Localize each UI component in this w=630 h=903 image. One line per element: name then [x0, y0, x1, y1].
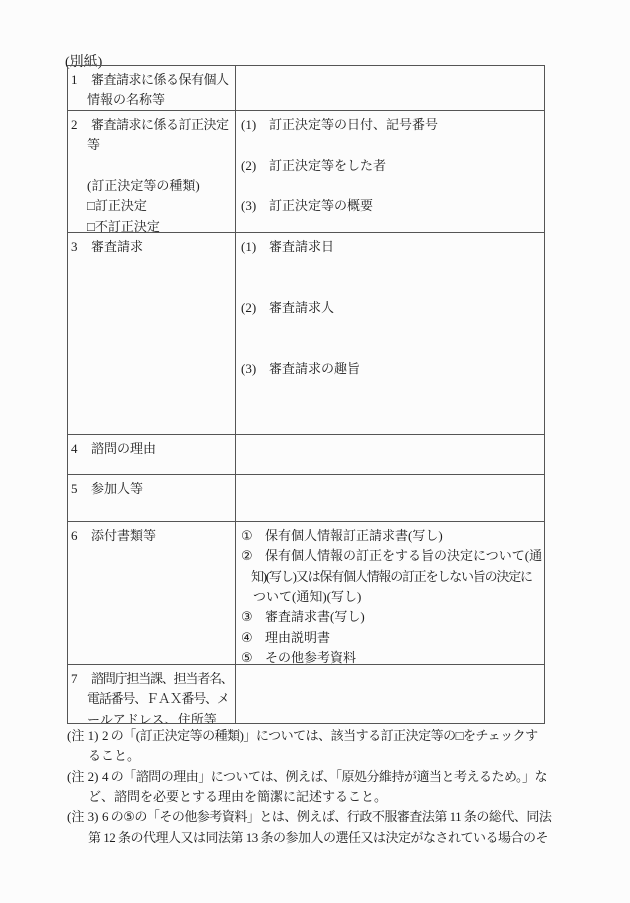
- footnote-label: (注 1): [67, 726, 98, 746]
- row-title: 2審査請求に係る訂正決定: [68, 115, 235, 135]
- row6-heading-cell: 6添付書類等: [68, 522, 236, 664]
- row-title: 1審査請求に係る保有個人: [68, 70, 235, 90]
- decision-type-subheading: (訂正決定等の種類): [68, 176, 235, 196]
- checkbox-label: 訂正決定: [95, 198, 147, 213]
- circled-number-marker: ②: [241, 546, 265, 566]
- row-title: 5参加人等: [68, 479, 235, 499]
- row7-value-cell: [236, 665, 544, 723]
- checkbox-no-correction-decision: □不訂正決定: [68, 217, 235, 232]
- item-text: 保有個人情報の訂正をする旨の決定について(通: [265, 548, 542, 563]
- attachment-item-cont: ついて(通知)(写し): [241, 587, 544, 607]
- row2-value-cell: (1)訂正決定等の日付、記号番号 (2)訂正決定等をした者 (3)訂正決定等の概…: [236, 111, 544, 232]
- attachment-item: ④理由説明書: [241, 628, 544, 648]
- numbered-item: (2)訂正決定等をした者: [241, 156, 544, 176]
- item-text: 審査請求人: [269, 300, 334, 315]
- row3-value-cell: (1)審査請求日 (2)審査請求人 (3)審査請求の趣旨: [236, 233, 544, 434]
- numbered-item: (2)審査請求人: [241, 298, 544, 318]
- main-table: 1審査請求に係る保有個人 情報の名称等 2審査請求に係る訂正決定 等 (訂正決定…: [67, 65, 545, 724]
- table-row-2: 2審査請求に係る訂正決定 等 (訂正決定等の種類) □訂正決定 □不訂正決定 (…: [68, 110, 544, 232]
- row-number: 2: [68, 115, 91, 135]
- attachment-item: ③審査請求書(写し): [241, 607, 544, 627]
- row7-heading-cell: 7諮問庁担当課、担当者名、 電話番号、ＦＡＸ番号、メ ールアドレス、住所等: [68, 665, 236, 723]
- circled-number-marker: ④: [241, 628, 265, 648]
- circled-number-marker: ⑤: [241, 648, 265, 664]
- row-title-cont: 等: [68, 135, 235, 155]
- row-number: 5: [68, 479, 91, 499]
- row-title: 4諮問の理由: [68, 439, 235, 459]
- item-text: その他参考資料: [265, 650, 356, 664]
- footnotes: (注 1) 2 の「(訂正決定等の種類)」については、該当する訂正決定等の□をチ…: [0, 726, 630, 848]
- row-number: 6: [68, 526, 91, 546]
- item-text: 訂正決定等の概要: [269, 198, 373, 213]
- attachment-item: ②保有個人情報の訂正をする旨の決定について(通: [241, 546, 544, 566]
- row1-value-cell: [236, 66, 544, 110]
- item-marker: (3): [241, 359, 269, 379]
- row-number: 1: [68, 70, 91, 90]
- item-text: 審査請求の趣旨: [269, 361, 360, 376]
- numbered-item: (3)審査請求の趣旨: [241, 359, 544, 379]
- row-title: 3審査請求: [68, 237, 235, 257]
- table-row-6: 6添付書類等 ①保有個人情報訂正請求書(写し) ②保有個人情報の訂正をする旨の決…: [68, 521, 544, 664]
- row-title: 6添付書類等: [68, 526, 235, 546]
- row6-value-cell: ①保有個人情報訂正請求書(写し) ②保有個人情報の訂正をする旨の決定について(通…: [236, 522, 544, 664]
- table-row-7: 7諮問庁担当課、担当者名、 電話番号、ＦＡＸ番号、メ ールアドレス、住所等: [68, 664, 544, 723]
- row2-heading-cell: 2審査請求に係る訂正決定 等 (訂正決定等の種類) □訂正決定 □不訂正決定: [68, 111, 236, 232]
- row-title-cont: 情報の名称等: [68, 90, 235, 110]
- table-row-5: 5参加人等: [68, 474, 544, 521]
- numbered-item: (3)訂正決定等の概要: [241, 196, 544, 216]
- footnote-label: (注 3): [67, 807, 98, 827]
- row3-heading-cell: 3審査請求: [68, 233, 236, 434]
- item-marker: (2): [241, 298, 269, 318]
- attachment-item-cont: 知)(写し)又は保有個人情報の訂正をしない旨の決定に: [241, 567, 544, 587]
- row-number: 7: [68, 669, 91, 689]
- row5-heading-cell: 5参加人等: [68, 475, 236, 521]
- row-number: 4: [68, 439, 91, 459]
- checkbox-label: 不訂正決定: [95, 219, 160, 232]
- checkbox-correction-decision: □訂正決定: [68, 196, 235, 216]
- checkbox-icon: □: [87, 198, 95, 213]
- row-title-cont: 電話番号、ＦＡＸ番号、メ: [68, 689, 235, 709]
- footnote-line: ど、諮問を必要とする理由を簡潔に記述すること。: [0, 787, 630, 807]
- item-marker: (1): [241, 115, 269, 135]
- item-marker: (2): [241, 156, 269, 176]
- item-text: 理由説明書: [265, 630, 330, 645]
- footnote-line: 第 12 条の代理人又は同法第 13 条の参加人の選任又は決定がなされている場合…: [0, 828, 630, 848]
- circled-number-marker: ③: [241, 607, 265, 627]
- footnote-1: (注 1) 2 の「(訂正決定等の種類)」については、該当する訂正決定等の□をチ…: [0, 726, 630, 767]
- table-row-1: 1審査請求に係る保有個人 情報の名称等: [68, 66, 544, 110]
- checkbox-icon: □: [87, 219, 95, 232]
- table-row-3: 3審査請求 (1)審査請求日 (2)審査請求人 (3)審査請求の趣旨: [68, 232, 544, 434]
- footnote-2: (注 2) 4 の「諮問の理由」については、例えば、「原処分維持が適当と考えるた…: [0, 767, 630, 808]
- item-marker: (1): [241, 237, 269, 257]
- footnote-label: (注 2): [67, 767, 98, 787]
- item-text: 審査請求書(写し): [265, 609, 365, 624]
- row4-value-cell: [236, 435, 544, 474]
- item-text: 審査請求日: [269, 239, 334, 254]
- row5-value-cell: [236, 475, 544, 521]
- row-title: 7諮問庁担当課、担当者名、: [68, 669, 235, 689]
- numbered-item: (1)審査請求日: [241, 237, 544, 257]
- row1-heading-cell: 1審査請求に係る保有個人 情報の名称等: [68, 66, 236, 110]
- footnote-3: (注 3) 6 の⑤の「その他参考資料」とは、例えば、行政不服審査法第 11 条…: [0, 807, 630, 848]
- circled-number-marker: ①: [241, 526, 265, 546]
- row-title-cont: ールアドレス、住所等: [68, 710, 235, 723]
- item-marker: (3): [241, 196, 269, 216]
- row4-heading-cell: 4諮問の理由: [68, 435, 236, 474]
- attachment-item: ⑤その他参考資料: [241, 648, 544, 664]
- table-row-4: 4諮問の理由: [68, 434, 544, 474]
- document-page: (別紙) 1審査請求に係る保有個人 情報の名称等 2審査請求に係る訂正決定 等 …: [0, 0, 630, 903]
- item-text: 保有個人情報訂正請求書(写し): [265, 528, 443, 543]
- attachment-item: ①保有個人情報訂正請求書(写し): [241, 526, 544, 546]
- item-text: 訂正決定等の日付、記号番号: [269, 117, 438, 132]
- item-text: 訂正決定等をした者: [269, 158, 386, 173]
- row-number: 3: [68, 237, 91, 257]
- footnote-line: ること。: [0, 746, 630, 766]
- numbered-item: (1)訂正決定等の日付、記号番号: [241, 115, 544, 135]
- spacer-line: [68, 156, 235, 176]
